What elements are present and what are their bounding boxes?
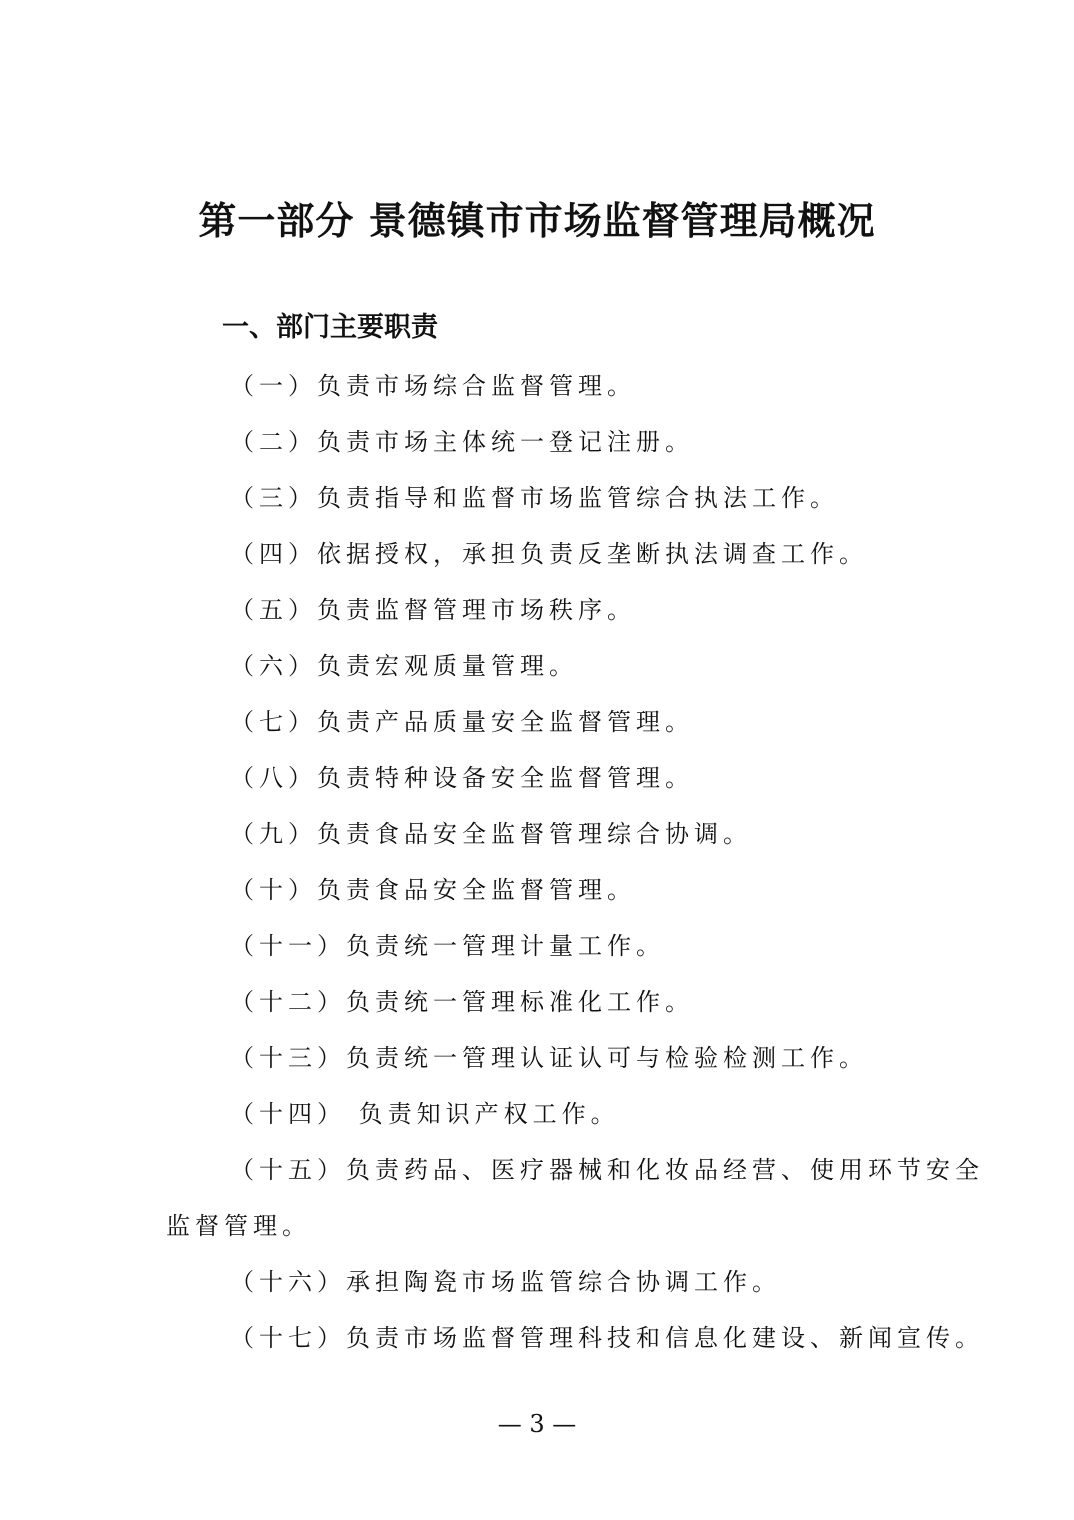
list-item: （一）负责市场综合监督管理。 (230, 366, 636, 401)
list-item-continuation: 监督管理。 (166, 1206, 311, 1241)
section-heading: 一、部门主要职责 (222, 305, 438, 344)
list-item: （二）负责市场主体统一登记注册。 (230, 422, 694, 457)
list-item: （四）依据授权，承担负责反垄断执法调查工作。 (230, 534, 868, 569)
page-title: 第一部分 景德镇市市场监督管理局概况 (0, 190, 1074, 245)
page-number: — 3 — (0, 1410, 1074, 1438)
list-item: （十五）负责药品、医疗器械和化妆品经营、使用环节安全 (230, 1150, 984, 1185)
list-item: （七）负责产品质量安全监督管理。 (230, 702, 694, 737)
list-item: （十二）负责统一管理标准化工作。 (230, 982, 694, 1017)
list-item: （十四） 负责知识产权工作。 (230, 1094, 620, 1129)
list-item: （五）负责监督管理市场秩序。 (230, 590, 636, 625)
list-item: （十七）负责市场监督管理科技和信息化建设、新闻宣传。 (230, 1318, 984, 1353)
list-item: （九）负责食品安全监督管理综合协调。 (230, 814, 752, 849)
list-item: （八）负责特种设备安全监督管理。 (230, 758, 694, 793)
list-item: （十一）负责统一管理计量工作。 (230, 926, 665, 961)
list-item: （十六）承担陶瓷市场监管综合协调工作。 (230, 1262, 781, 1297)
list-item: （三）负责指导和监督市场监管综合执法工作。 (230, 478, 839, 513)
list-item: （十三）负责统一管理认证认可与检验检测工作。 (230, 1038, 868, 1073)
list-item: （十）负责食品安全监督管理。 (230, 870, 636, 905)
list-item: （六）负责宏观质量管理。 (230, 646, 578, 681)
